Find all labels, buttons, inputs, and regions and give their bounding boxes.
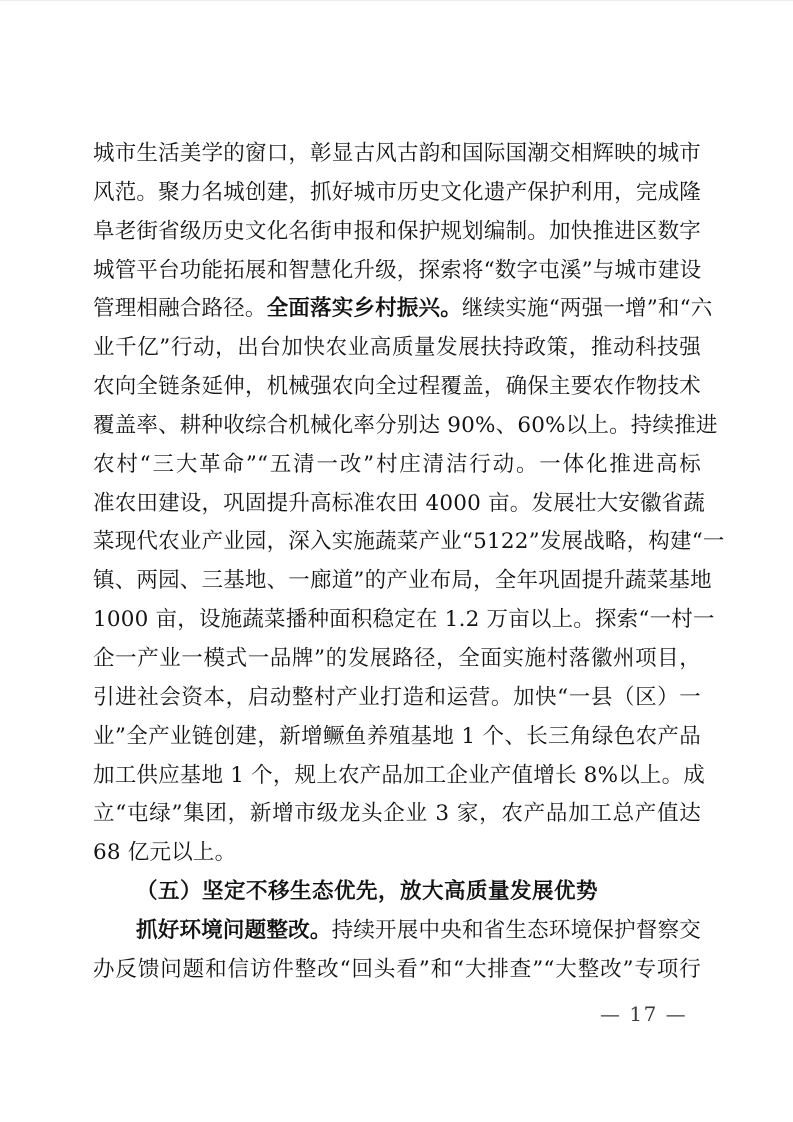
- text-segment: 准农田建设，巩固提升高标准农田 4000 亩。发展壮大安徽省蔬: [93, 491, 705, 516]
- text-segment: 1000 亩，设施蔬菜播种面积稳定在 1.2 万亩以上。探索“一村一: [93, 607, 715, 632]
- text-line: 农向全链条延伸，机械强农向全过程覆盖，确保主要农作物技术: [93, 368, 701, 407]
- text-segment: 立“屯绿”集团，新增市级龙头企业 3 家，农产品加工总产值达: [93, 801, 701, 826]
- text-line: 企一产业一模式一品牌”的发展路径，全面实施村落徽州项目，: [93, 640, 701, 679]
- text-line: 管理相融合路径。全面落实乡村振兴。继续实施“两强一增”和“六: [93, 290, 701, 329]
- text-line: 风范。聚力名城创建，抓好城市历史文化遗产保护利用，完成隆: [93, 174, 701, 213]
- text-segment: 引进社会资本，启动整村产业打造和运营。加快“一县（区）一: [93, 685, 701, 710]
- bold-text-segment: （五）坚定不移生态优先，放大高质量发展优势: [136, 879, 598, 904]
- text-line: 68 亿元以上。: [93, 834, 701, 873]
- text-line: 镇、两园、三基地、一廊道”的产业布局，全年巩固提升蔬菜基地: [93, 562, 701, 601]
- text-segment: 城管平台功能拓展和智慧化升级，探索将“数字屯溪”与城市建设: [93, 258, 701, 283]
- text-line: 加工供应基地 1 个，规上农产品加工企业产值增长 8%以上。成: [93, 757, 701, 796]
- text-segment: 覆盖率、耕种收综合机械化率分别达 90%、60%以上。持续推进: [93, 413, 718, 438]
- text-line: 业千亿”行动，出台加快农业高质量发展扶持政策，推动科技强: [93, 329, 701, 368]
- text-segment: 继续实施“两强一增”和“六: [462, 296, 713, 321]
- text-segment: 68 亿元以上。: [93, 840, 236, 865]
- text-segment: 阜老街省级历史文化名街申报和保护规划编制。加快推进区数字: [93, 219, 701, 244]
- text-segment: 城市生活美学的窗口，彰显古风古韵和国际国潮交相辉映的城市: [93, 141, 701, 166]
- text-line: 城管平台功能拓展和智慧化升级，探索将“数字屯溪”与城市建设: [93, 252, 701, 291]
- text-line: 立“屯绿”集团，新增市级龙头企业 3 家，农产品加工总产值达: [93, 795, 701, 834]
- text-segment: 业”全产业链创建，新增鳜鱼养殖基地 1 个、长三角绿色农产品: [93, 724, 701, 749]
- text-segment: 企一产业一模式一品牌”的发展路径，全面实施村落徽州项目，: [93, 646, 701, 671]
- text-segment: 农向全链条延伸，机械强农向全过程覆盖，确保主要农作物技术: [93, 374, 701, 399]
- text-segment: 风范。聚力名城创建，抓好城市历史文化遗产保护利用，完成隆: [93, 180, 701, 205]
- text-segment: 持续开展中央和省生态环境保护督察交: [332, 918, 701, 943]
- page-number: — 17 —: [600, 1000, 690, 1028]
- text-line: 阜老街省级历史文化名街申报和保护规划编制。加快推进区数字: [93, 213, 701, 252]
- text-segment: 业千亿”行动，出台加快农业高质量发展扶持政策，推动科技强: [93, 335, 701, 360]
- text-line: 城市生活美学的窗口，彰显古风古韵和国际国潮交相辉映的城市: [93, 135, 701, 174]
- bold-text-segment: 全面落实乡村振兴。: [267, 296, 462, 321]
- text-segment: 办反馈问题和信访件整改“回头看”和“大排查”“大整改”专项行: [93, 957, 701, 982]
- text-segment: 加工供应基地 1 个，规上农产品加工企业产值增长 8%以上。成: [93, 763, 705, 788]
- text-line: 覆盖率、耕种收综合机械化率分别达 90%、60%以上。持续推进: [93, 407, 701, 446]
- bold-text-segment: 抓好环境问题整改。: [136, 918, 332, 943]
- text-segment: 镇、两园、三基地、一廊道”的产业布局，全年巩固提升蔬菜基地: [93, 568, 712, 593]
- text-line: 抓好环境问题整改。持续开展中央和省生态环境保护督察交: [93, 912, 701, 951]
- text-line: 菜现代农业产业园，深入实施蔬菜产业“5122”发展战略，构建“一: [93, 523, 701, 562]
- document-page: 城市生活美学的窗口，彰显古风古韵和国际国潮交相辉映的城市风范。聚力名城创建，抓好…: [0, 0, 793, 1122]
- text-line: 农村“三大革命”“五清一改”村庄清洁行动。一体化推进高标: [93, 446, 701, 485]
- text-segment: 菜现代农业产业园，深入实施蔬菜产业“5122”发展战略，构建“一: [93, 529, 725, 554]
- text-line: 业”全产业链创建，新增鳜鱼养殖基地 1 个、长三角绿色农产品: [93, 718, 701, 757]
- section-heading: （五）坚定不移生态优先，放大高质量发展优势: [93, 873, 701, 912]
- document-body: 城市生活美学的窗口，彰显古风古韵和国际国潮交相辉映的城市风范。聚力名城创建，抓好…: [93, 135, 701, 990]
- text-segment: 农村“三大革命”“五清一改”村庄清洁行动。一体化推进高标: [93, 452, 701, 477]
- text-line: 办反馈问题和信访件整改“回头看”和“大排查”“大整改”专项行: [93, 951, 701, 990]
- text-segment: 管理相融合路径。: [93, 296, 267, 321]
- text-line: 准农田建设，巩固提升高标准农田 4000 亩。发展壮大安徽省蔬: [93, 485, 701, 524]
- text-line: 引进社会资本，启动整村产业打造和运营。加快“一县（区）一: [93, 679, 701, 718]
- text-line: 1000 亩，设施蔬菜播种面积稳定在 1.2 万亩以上。探索“一村一: [93, 601, 701, 640]
